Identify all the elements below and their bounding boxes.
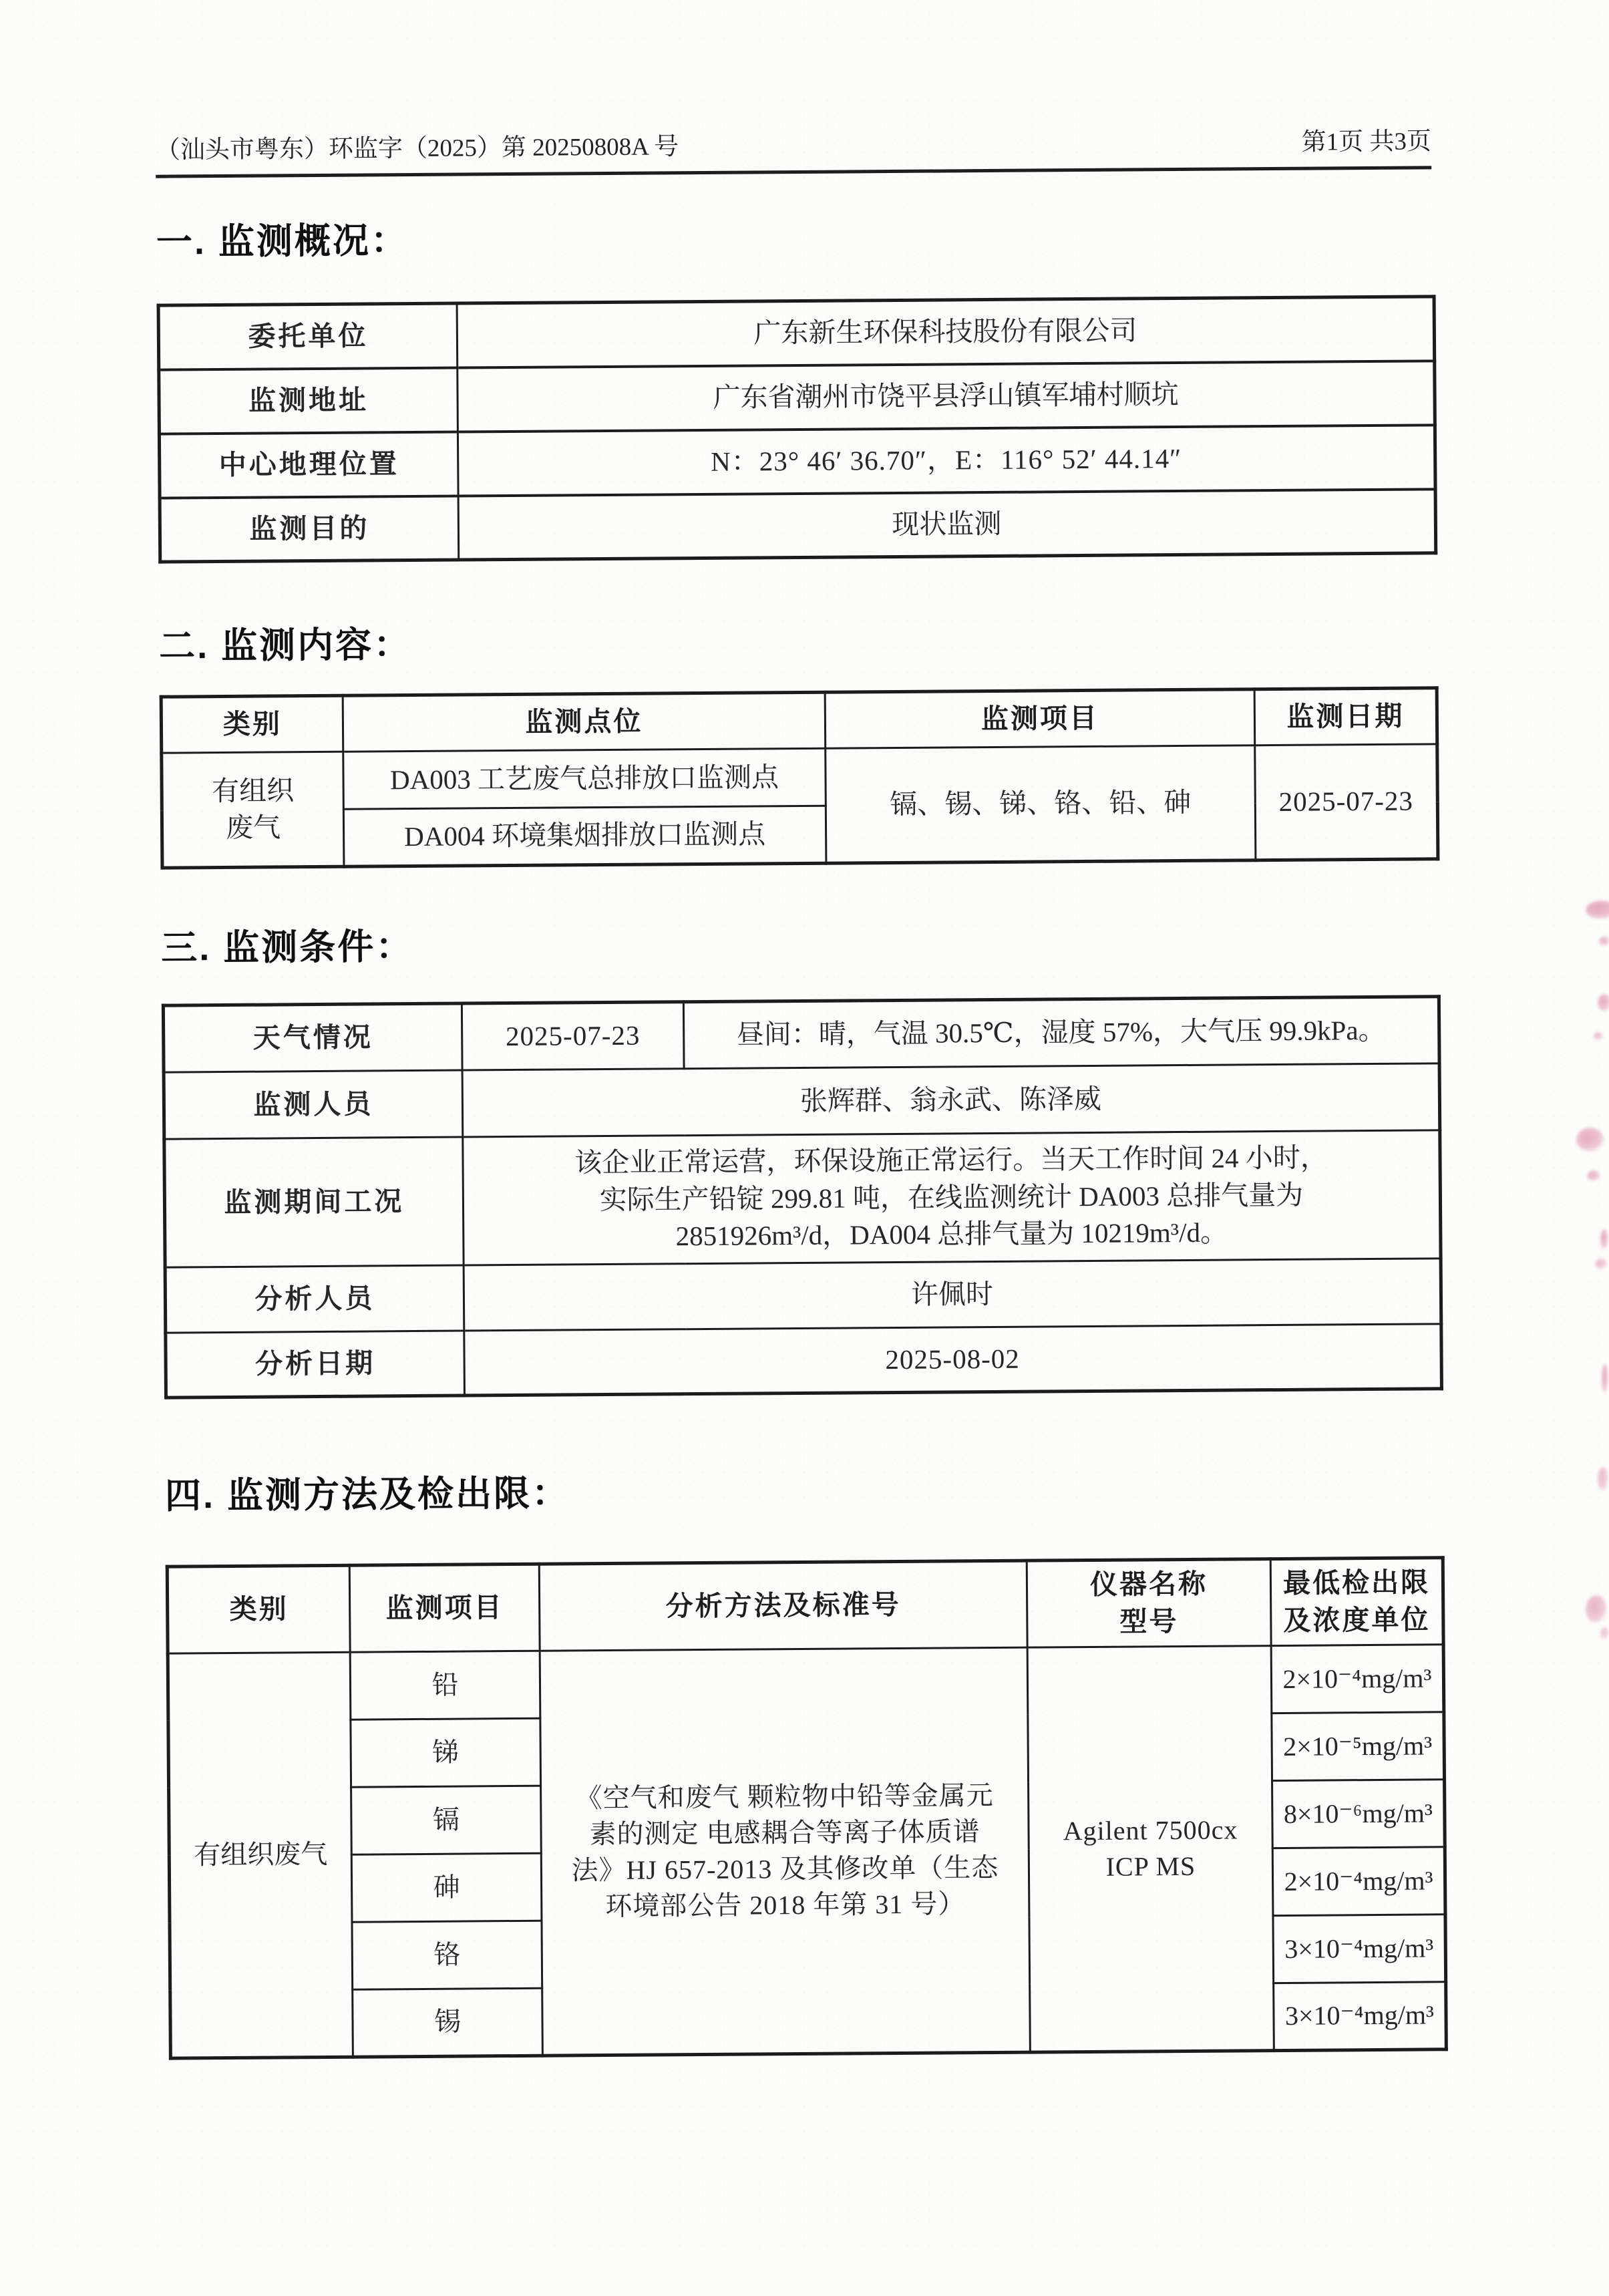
red-ink-smudge	[1595, 1259, 1607, 1269]
monitor-item: 锑	[351, 1718, 541, 1787]
column-header: 类别	[161, 695, 343, 753]
category-cell: 有组织 废气	[162, 752, 344, 868]
instrument-name: Agilent 7500cx ICP MS	[1027, 1645, 1274, 2052]
row-label: 分析日期	[166, 1331, 465, 1398]
weather-date: 2025-07-23	[462, 1002, 684, 1070]
row-value: 广东新生环保科技股份有限公司	[457, 297, 1435, 367]
monitor-point: DA003 工艺废气总排放口监测点	[343, 748, 826, 809]
red-ink-smudge	[1598, 1467, 1608, 1491]
detection-limit: 2×10⁻⁵mg/m³	[1272, 1712, 1445, 1781]
row-label: 监测地址	[159, 367, 458, 434]
table-row: 监测目的 现状监测	[160, 489, 1436, 562]
page-header: （汕头市粤东）环监字（2025）第 20250808A 号 第1页 共3页	[156, 128, 1431, 178]
monitor-date: 2025-07-23	[1255, 744, 1438, 860]
document-page: （汕头市粤东）环监字（2025）第 20250808A 号 第1页 共3页 一.…	[154, 0, 1444, 2060]
row-label: 天气情况	[163, 1003, 462, 1072]
red-ink-smudge	[1602, 1364, 1608, 1393]
conditions-table: 天气情况 2025-07-23 昼间：晴，气温 30.5℃，湿度 57%，大气压…	[162, 995, 1443, 1399]
table-row: 中心地理位置 N：23° 46′ 36.70″，E：116° 52′ 44.14…	[159, 425, 1435, 498]
table-row: 分析日期 2025-08-02	[166, 1324, 1442, 1398]
column-header: 分析方法及标准号	[539, 1561, 1027, 1651]
red-ink-smudge	[1587, 1170, 1600, 1181]
row-value: 广东省潮州市饶平县浮山镇军埔村顺坑	[458, 361, 1435, 432]
monitor-item: 铬	[352, 1921, 542, 1989]
table-row: 天气情况 2025-07-23 昼间：晴，气温 30.5℃，湿度 57%，大气压…	[163, 997, 1439, 1072]
red-ink-smudge	[1600, 1229, 1608, 1249]
detection-limit: 2×10⁻⁴mg/m³	[1272, 1847, 1445, 1916]
column-header: 类别	[167, 1565, 350, 1653]
row-label: 监测期间工况	[164, 1137, 464, 1267]
doc-number: （汕头市粤东）环监字（2025）第 20250808A 号	[156, 133, 679, 165]
detection-limit: 3×10⁻⁴mg/m³	[1274, 1982, 1447, 2051]
red-ink-smudge	[1586, 1595, 1607, 1623]
monitor-item: 锡	[353, 1988, 543, 2057]
monitor-point: DA004 环境集烟排放口监测点	[343, 806, 826, 866]
table-row: 委托单位 广东新生环保科技股份有限公司	[158, 297, 1435, 369]
section-title-content: 二. 监测内容：	[159, 617, 1435, 669]
row-value: 许佩时	[464, 1259, 1441, 1331]
column-header: 监测点位	[343, 692, 826, 752]
section-title-conditions: 三. 监测条件：	[161, 918, 1437, 970]
row-value: 现状监测	[458, 489, 1436, 560]
overview-table: 委托单位 广东新生环保科技股份有限公司 监测地址 广东省潮州市饶平县浮山镇军埔村…	[157, 295, 1438, 564]
monitor-items: 镉、锡、锑、铬、铅、砷	[826, 746, 1256, 863]
column-header: 仪器名称 型号	[1027, 1559, 1271, 1647]
row-value: 张辉群、翁永武、陈泽威	[462, 1063, 1440, 1137]
red-ink-smudge	[1586, 900, 1609, 919]
row-label: 监测人员	[164, 1070, 463, 1139]
column-header: 监测项目	[825, 689, 1255, 748]
category-cell: 有组织废气	[168, 1652, 353, 2058]
methods-table: 类别 监测项目 分析方法及标准号 仪器名称 型号 最低检出限 及浓度单位 有组织…	[166, 1556, 1448, 2060]
row-label: 委托单位	[158, 303, 458, 369]
row-label: 监测目的	[160, 496, 459, 562]
table-row: 监测期间工况 该企业正常运营，环保设施正常运行。当天工作时间 24 小时， 实际…	[164, 1130, 1441, 1267]
table-row: 分析人员 许佩时	[165, 1259, 1441, 1333]
detection-limit: 3×10⁻⁴mg/m³	[1273, 1915, 1446, 1983]
table-row: 监测人员 张辉群、翁永武、陈泽威	[164, 1063, 1440, 1139]
row-value: N：23° 46′ 36.70″，E：116° 52′ 44.14″	[458, 425, 1435, 496]
red-ink-smudge	[1598, 994, 1609, 1011]
monitor-item: 铅	[350, 1651, 540, 1719]
monitor-item: 镉	[351, 1786, 542, 1854]
section-title-overview: 一. 监测概况：	[156, 212, 1432, 264]
table-header-row: 类别 监测点位 监测项目 监测日期	[161, 688, 1437, 753]
detection-limit: 2×10⁻⁴mg/m³	[1271, 1645, 1444, 1713]
column-header: 监测项目	[349, 1564, 540, 1652]
row-value: 2025-08-02	[464, 1324, 1442, 1396]
column-header: 监测日期	[1254, 688, 1437, 746]
analysis-method: 《空气和废气 颗粒物中铅等金属元 素的测定 电感耦合等离子体质谱 法》HJ 65…	[540, 1647, 1030, 2056]
red-ink-smudge	[1594, 1032, 1603, 1040]
row-label: 分析人员	[165, 1265, 464, 1333]
page-indicator: 第1页 共3页	[1302, 128, 1432, 157]
detection-limit: 8×10⁻⁶mg/m³	[1272, 1780, 1445, 1848]
section-title-methods: 四. 监测方法及检出限：	[165, 1466, 1441, 1518]
table-row: 监测地址 广东省潮州市饶平县浮山镇军埔村顺坑	[159, 361, 1435, 434]
weather-detail: 昼间：晴，气温 30.5℃，湿度 57%，大气压 99.9kPa。	[683, 997, 1439, 1069]
table-header-row: 类别 监测项目 分析方法及标准号 仪器名称 型号 最低检出限 及浓度单位	[167, 1558, 1443, 1653]
monitor-item: 砷	[351, 1853, 542, 1922]
table-row: 有组织 废气 DA003 工艺废气总排放口监测点 镉、锡、锑、铬、铅、砷 202…	[162, 744, 1438, 810]
column-header: 最低检出限 及浓度单位	[1270, 1558, 1443, 1646]
red-ink-smudge	[1600, 1627, 1609, 1639]
red-ink-smudge	[1576, 1128, 1604, 1152]
content-table: 类别 监测点位 监测项目 监测日期 有组织 废气 DA003 工艺废气总排放口监…	[160, 686, 1440, 869]
row-label: 中心地理位置	[159, 432, 458, 498]
row-value: 该企业正常运营，环保设施正常运行。当天工作时间 24 小时， 实际生产铅锭 29…	[463, 1130, 1441, 1265]
table-row: 有组织废气 铅 《空气和废气 颗粒物中铅等金属元 素的测定 电感耦合等离子体质谱…	[168, 1645, 1444, 1721]
red-ink-smudge	[1599, 937, 1609, 946]
